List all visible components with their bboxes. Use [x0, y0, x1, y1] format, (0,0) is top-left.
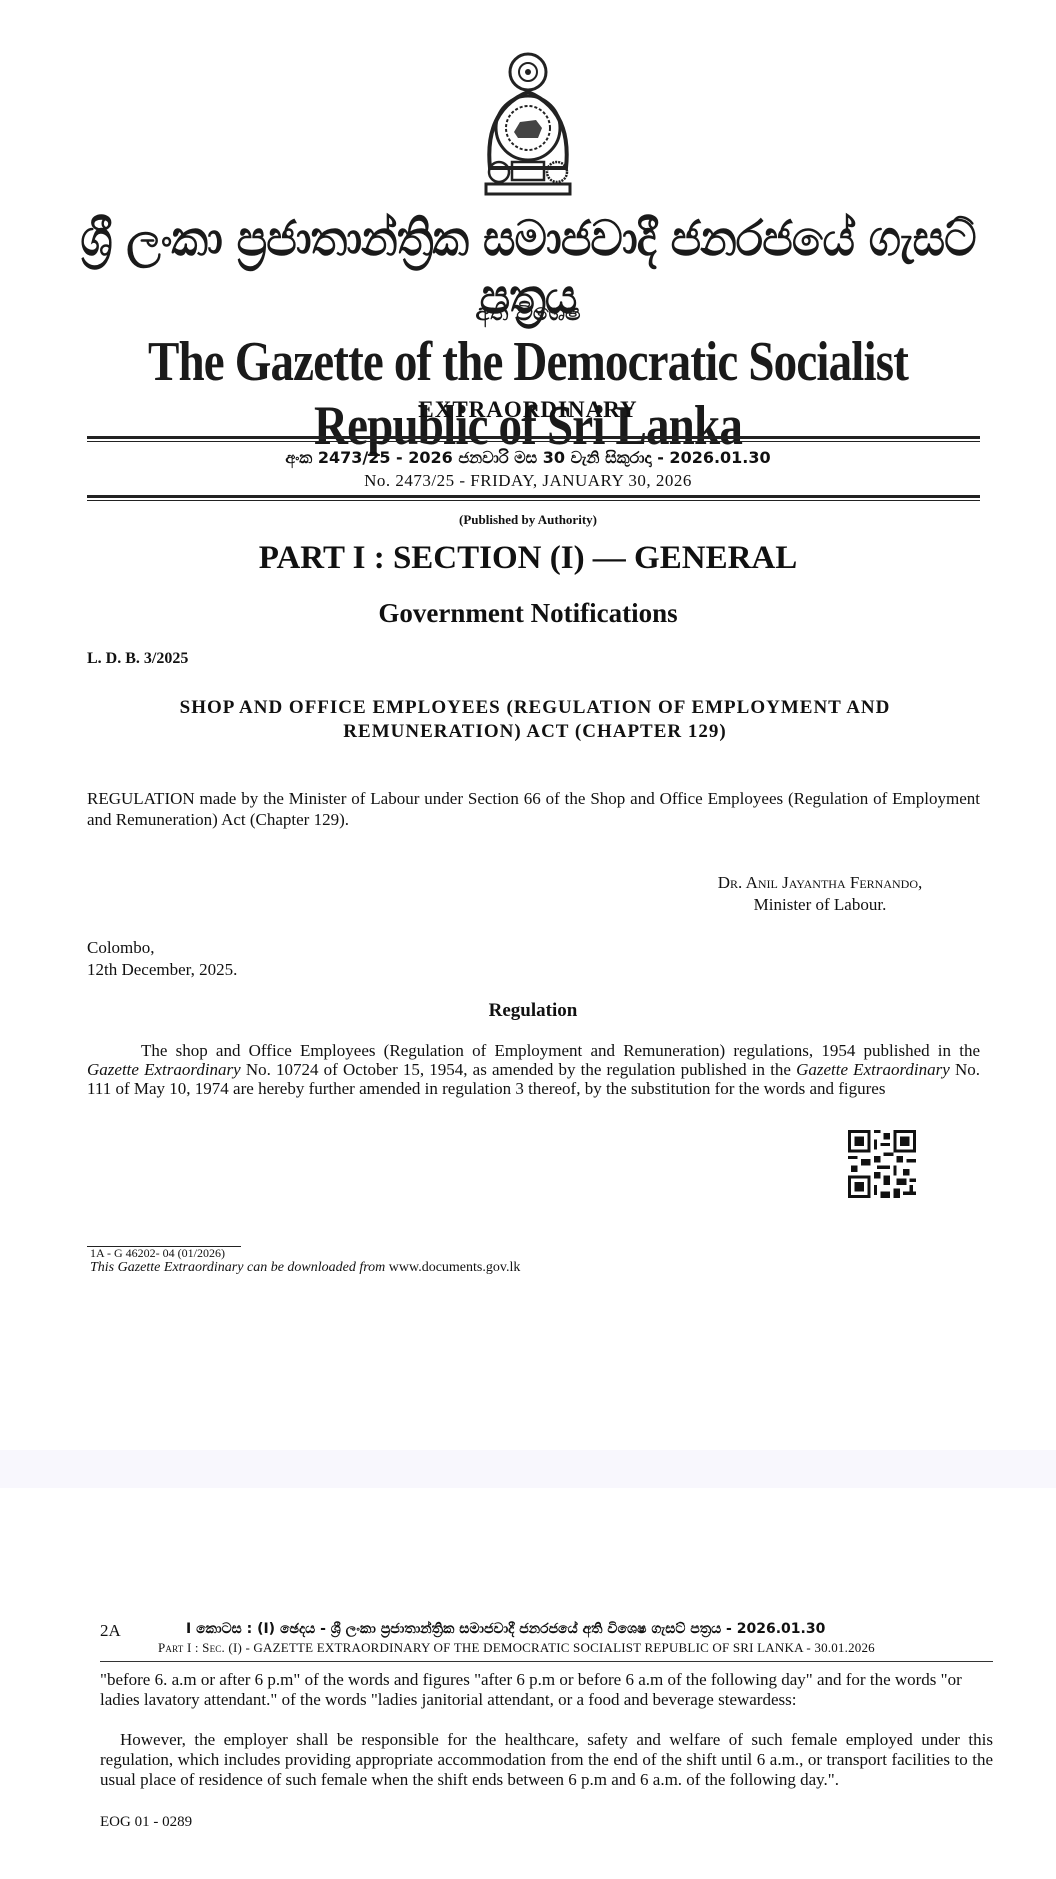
reference-number: L. D. B. 3/2025	[87, 650, 188, 668]
page-separator	[0, 1450, 1056, 1488]
gazette-page-2: 2A I කොටස : (I) ඡෙදය - ශ්‍රී ලංකා ප්‍රජා…	[0, 1488, 1056, 1879]
regulation-heading: Regulation	[0, 1000, 1056, 1022]
signatory-title: Minister of Labour.	[650, 894, 990, 916]
download-note: This Gazette Extraordinary can be downlo…	[90, 1260, 520, 1276]
part-title: PART I : SECTION (I) — GENERAL	[0, 540, 1056, 577]
national-emblem-icon	[482, 50, 574, 202]
place-date-block: Colombo, 12th December, 2025.	[87, 937, 237, 981]
regulation-text: No. 10724 of October 15, 1954, as amende…	[241, 1060, 796, 1079]
sinhala-extraordinary-label: අති විශෙෂ	[0, 300, 1056, 326]
header-rule-top	[87, 436, 980, 442]
qr-code-icon	[848, 1130, 916, 1198]
eog-reference: EOG 01 - 0289	[100, 1814, 192, 1831]
regulation-body: The shop and Office Employees (Regulatio…	[87, 1041, 980, 1098]
act-title: SHOP AND OFFICE EMPLOYEES (REGULATION OF…	[140, 696, 930, 744]
extraordinary-label: EXTRAORDINARY	[0, 397, 1056, 423]
running-head-divider	[100, 1661, 993, 1662]
place: Colombo,	[87, 937, 237, 959]
download-link[interactable]: www.documents.gov.lk	[385, 1260, 520, 1275]
amendment-paragraph: "before 6. a.m or after 6 p.m" of the wo…	[100, 1670, 993, 1710]
section-heading: Government Notifications	[0, 598, 1056, 629]
signatory-name: Dr. Anil Jayantha Fernando,	[650, 872, 990, 894]
gazette-reference-italic: Gazette Extraordinary	[87, 1060, 241, 1079]
header-rule-bottom	[87, 495, 980, 501]
gazette-page-1: ශ්‍රී ලංකා ප්‍රජාතාන්ත්‍රික සමාජවාදී ජනර…	[0, 0, 1056, 1450]
download-note-text: This Gazette Extraordinary can be downlo…	[90, 1260, 385, 1275]
issue-line-sinhala: අංක 2473/25 - 2026 ජනවාරි මස 30 වැනි සික…	[0, 448, 1056, 468]
page-number: 2A	[100, 1621, 121, 1641]
signature-block: Dr. Anil Jayantha Fernando, Minister of …	[650, 872, 990, 916]
date: 12th December, 2025.	[87, 959, 237, 981]
running-head-english: Part I : Sec. (I) - GAZETTE EXTRAORDINAR…	[158, 1640, 875, 1656]
published-by-authority: (Published by Authority)	[0, 512, 1056, 528]
print-code: 1A - G 46202- 04 (01/2026)	[90, 1246, 225, 1261]
issue-line-english: No. 2473/25 - FRIDAY, JANUARY 30, 2026	[0, 471, 1056, 491]
intro-paragraph: REGULATION made by the Minister of Labou…	[87, 788, 980, 830]
running-head-sinhala: I කොටස : (I) ඡෙදය - ශ්‍රී ලංකා ප්‍රජාතාන…	[186, 1621, 825, 1637]
regulation-text: The shop and Office Employees (Regulatio…	[141, 1041, 980, 1060]
gazette-reference-italic: Gazette Extraordinary	[796, 1060, 950, 1079]
proviso-paragraph: However, the employer shall be responsib…	[100, 1730, 993, 1790]
